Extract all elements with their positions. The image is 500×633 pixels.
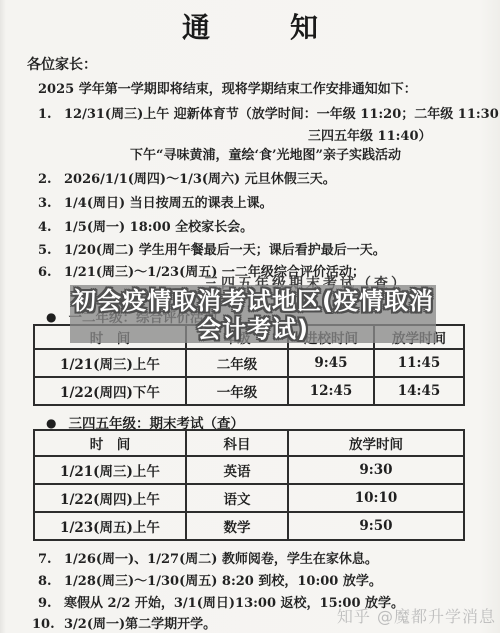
item-text: 1/4(周日) 当日按周五的课表上课。 bbox=[64, 196, 273, 211]
cell-time: 1/23(周五)上午 bbox=[34, 512, 186, 540]
table-row: 1/22(周四)上午 语文 10:10 bbox=[34, 484, 464, 512]
cell-time: 1/22(周四)下午 bbox=[34, 377, 186, 405]
watermark-text: 知乎 @魔都升学消息 bbox=[337, 604, 496, 627]
item-text: 3/2(周一)第二学期开学。 bbox=[64, 617, 216, 632]
cell-time: 1/21(周三)上午 bbox=[34, 349, 186, 377]
intro-text: 2025 学年第一学期即将结束，现将学期结束工作安排通知如下： bbox=[38, 81, 417, 99]
item-text: 1/20(周二) 学生用午餐最后一天；课后看护最后一天。 bbox=[64, 243, 386, 258]
cell-time: 1/22(周四)上午 bbox=[34, 484, 186, 512]
bullet-icon: ● bbox=[46, 310, 56, 324]
cell-dismissal: 11:45 bbox=[374, 349, 464, 377]
cell-arrival: 9:45 bbox=[288, 349, 374, 377]
table-row: 1/21(周三)上午 二年级 9:45 11:45 bbox=[34, 349, 464, 377]
greeting-text: 各位家长： bbox=[27, 56, 97, 74]
list-item-1-afternoon: 下午“寻味黄浦，童绘‘食’光地图”亲子实践活动 bbox=[130, 147, 401, 165]
list-item-8: 8.1/28(周三)～1/30(周五) 8:20 到校，10:00 放学。 bbox=[38, 573, 382, 591]
list-item-5: 5.1/20(周二) 学生用午餐最后一天；课后看护最后一天。 bbox=[38, 242, 386, 260]
item-text: 1/26(周一)、1/27(周二) 教师阅卷，学生在家休息。 bbox=[64, 552, 378, 567]
column-header-subject: 科目 bbox=[186, 430, 288, 456]
item-number: 8. bbox=[38, 573, 64, 591]
list-item-2: 2.2026/1/1(周四)～1/3(周六) 元旦休假三天。 bbox=[38, 171, 336, 189]
notice-page: 通 知 各位家长： 2025 学年第一学期即将结束，现将学期结束工作安排通知如下… bbox=[0, 0, 500, 633]
cell-subject: 语文 bbox=[186, 484, 288, 512]
list-item-1: 1.12/31(周三)上午 迎新体育节（放学时间：一年级 11:20；二年级 1… bbox=[38, 106, 500, 124]
overlay-title-banner: 初会疫情取消考试地区(疫情取消会计考试) bbox=[70, 285, 436, 343]
cell-dismissal: 10:10 bbox=[288, 484, 464, 512]
column-header-time: 时 间 bbox=[34, 430, 186, 456]
item-text: 12/31(周三)上午 迎新体育节（放学时间：一年级 11:20；二年级 11:… bbox=[64, 107, 500, 122]
cell-subject: 英语 bbox=[186, 456, 288, 484]
item-number: 3. bbox=[38, 195, 64, 213]
cell-dismissal: 14:45 bbox=[374, 377, 464, 405]
bullet-icon: ● bbox=[46, 416, 56, 430]
item-text: 2026/1/1(周四)～1/3(周六) 元旦休假三天。 bbox=[64, 172, 336, 187]
list-item-3: 3.1/4(周日) 当日按周五的课表上课。 bbox=[38, 195, 273, 213]
cell-subject: 数学 bbox=[186, 512, 288, 540]
list-item-10: 10.3/2(周一)第二学期开学。 bbox=[32, 616, 216, 633]
list-item-1-continuation: 三四五年级 11:40） bbox=[308, 128, 432, 146]
page-title: 通 知 bbox=[0, 6, 500, 46]
exam-schedule-table: 时 间 科目 放学时间 1/21(周三)上午 英语 9:30 1/22(周四)上… bbox=[33, 429, 465, 541]
item-number: 10. bbox=[32, 616, 64, 633]
item-number: 6. bbox=[38, 264, 64, 282]
cell-arrival: 12:45 bbox=[288, 377, 374, 405]
table-row: 1/21(周三)上午 英语 9:30 bbox=[34, 456, 464, 484]
item-number: 5. bbox=[38, 242, 64, 260]
overlay-title-text: 初会疫情取消考试地区(疫情取消会计考试) bbox=[70, 285, 436, 343]
cell-time: 1/21(周三)上午 bbox=[34, 456, 186, 484]
list-item-7: 7.1/26(周一)、1/27(周二) 教师阅卷，学生在家休息。 bbox=[38, 551, 378, 569]
item-number: 1. bbox=[38, 106, 64, 124]
cell-grade: 二年级 bbox=[186, 349, 288, 377]
item-text: 1/5(周一) 18:00 全校家长会。 bbox=[64, 220, 253, 235]
item-number: 2. bbox=[38, 171, 64, 189]
cell-dismissal: 9:30 bbox=[288, 456, 464, 484]
table-row: 1/22(周四)下午 一年级 12:45 14:45 bbox=[34, 377, 464, 405]
table-header-row: 时 间 科目 放学时间 bbox=[34, 430, 464, 456]
list-item-4: 4.1/5(周一) 18:00 全校家长会。 bbox=[38, 219, 253, 237]
table-row: 1/23(周五)上午 数学 9:50 bbox=[34, 512, 464, 540]
column-header-dismissal: 放学时间 bbox=[288, 430, 464, 456]
item-number: 4. bbox=[38, 219, 64, 237]
item-number: 9. bbox=[38, 595, 64, 613]
item-number: 7. bbox=[38, 551, 64, 569]
cell-dismissal: 9:50 bbox=[288, 512, 464, 540]
cell-grade: 一年级 bbox=[186, 377, 288, 405]
item-text: 1/28(周三)～1/30(周五) 8:20 到校，10:00 放学。 bbox=[64, 574, 382, 589]
